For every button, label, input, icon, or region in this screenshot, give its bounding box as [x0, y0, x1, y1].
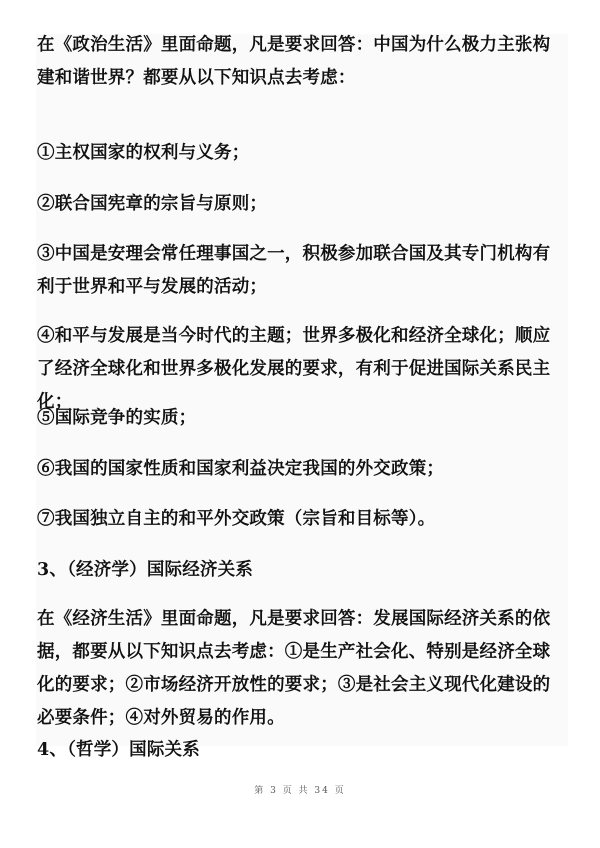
list-item-point-3: ③中国是安理会常任理事国之一，积极参加联合国及其专门机构有利于世界和平与发展的活…	[37, 238, 567, 304]
list-item-point-5: ⑤国际竞争的实质；	[37, 402, 567, 435]
list-item-point-2: ②联合国宪章的宗旨与原则；	[37, 188, 567, 221]
list-item-point-6: ⑥我国的国家性质和国家利益决定我国的外交政策；	[37, 453, 567, 486]
section-heading-3: 3、（经济学）国际经济关系	[37, 554, 567, 587]
list-item-point-7: ⑦我国独立自主的和平外交政策（宗旨和目标等）。	[37, 503, 567, 536]
list-item-point-1: ①主权国家的权利与义务；	[37, 137, 567, 170]
intro-economics-paragraph: 在《经济生活》里面命题，凡是要求回答：发展国际经济关系的依据，都要从以下知识点去…	[37, 603, 567, 735]
section-heading-4: 4、（哲学）国际关系	[37, 734, 567, 767]
page-number-footer: 第 3 页 共 34 页	[0, 783, 600, 796]
intro-politics-paragraph: 在《政治生活》里面命题，凡是要求回答：中国为什么极力主张构建和谐世界？都要从以下…	[37, 29, 567, 95]
